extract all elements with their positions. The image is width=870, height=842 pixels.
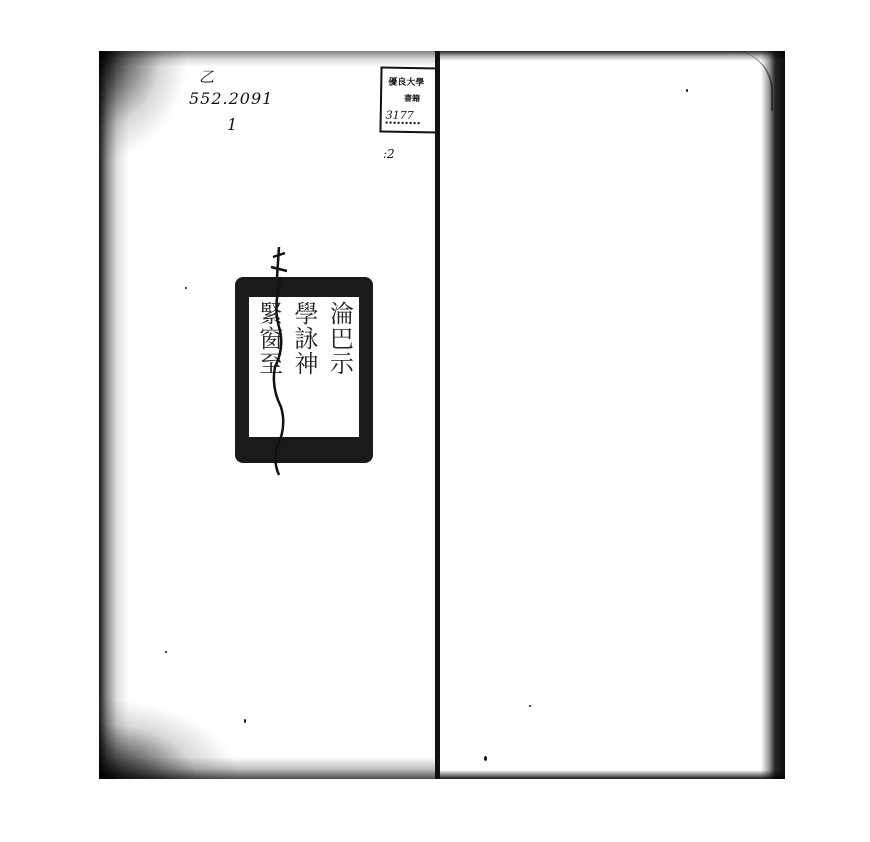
speck bbox=[165, 651, 167, 653]
speck bbox=[484, 756, 487, 761]
speck bbox=[686, 89, 688, 92]
library-label-line1: 優良大學 bbox=[388, 75, 424, 89]
library-label: 優良大學 書籍 3177 bbox=[379, 66, 438, 133]
seal-column-1: 淪巴示 bbox=[327, 301, 351, 433]
volume-number: 1 bbox=[227, 115, 237, 134]
seal-column-2: 學詠神 bbox=[292, 301, 316, 433]
call-number-prefix: 乙 bbox=[199, 66, 214, 87]
page-mark: :2 bbox=[383, 147, 395, 161]
scanned-book-spread: 乙 552.2091 1 優良大學 書籍 3177 :2 淪巴示 學詠神 緊窗至 bbox=[99, 51, 785, 779]
seal-stamp: 淪巴示 學詠神 緊窗至 bbox=[235, 277, 373, 463]
library-label-line2: 書籍 bbox=[404, 93, 420, 104]
speck bbox=[185, 287, 187, 289]
library-label-number: 3177 bbox=[386, 109, 420, 125]
seal-inner: 淪巴示 學詠神 緊窗至 bbox=[249, 297, 359, 437]
right-page bbox=[440, 51, 785, 779]
speck bbox=[529, 705, 531, 707]
page-curl bbox=[731, 51, 773, 111]
call-number: 552.2091 bbox=[189, 89, 273, 108]
left-page: 乙 552.2091 1 優良大學 書籍 3177 :2 淪巴示 學詠神 緊窗至 bbox=[99, 51, 438, 779]
handwritten-scribble bbox=[269, 247, 289, 477]
speck bbox=[244, 719, 246, 723]
